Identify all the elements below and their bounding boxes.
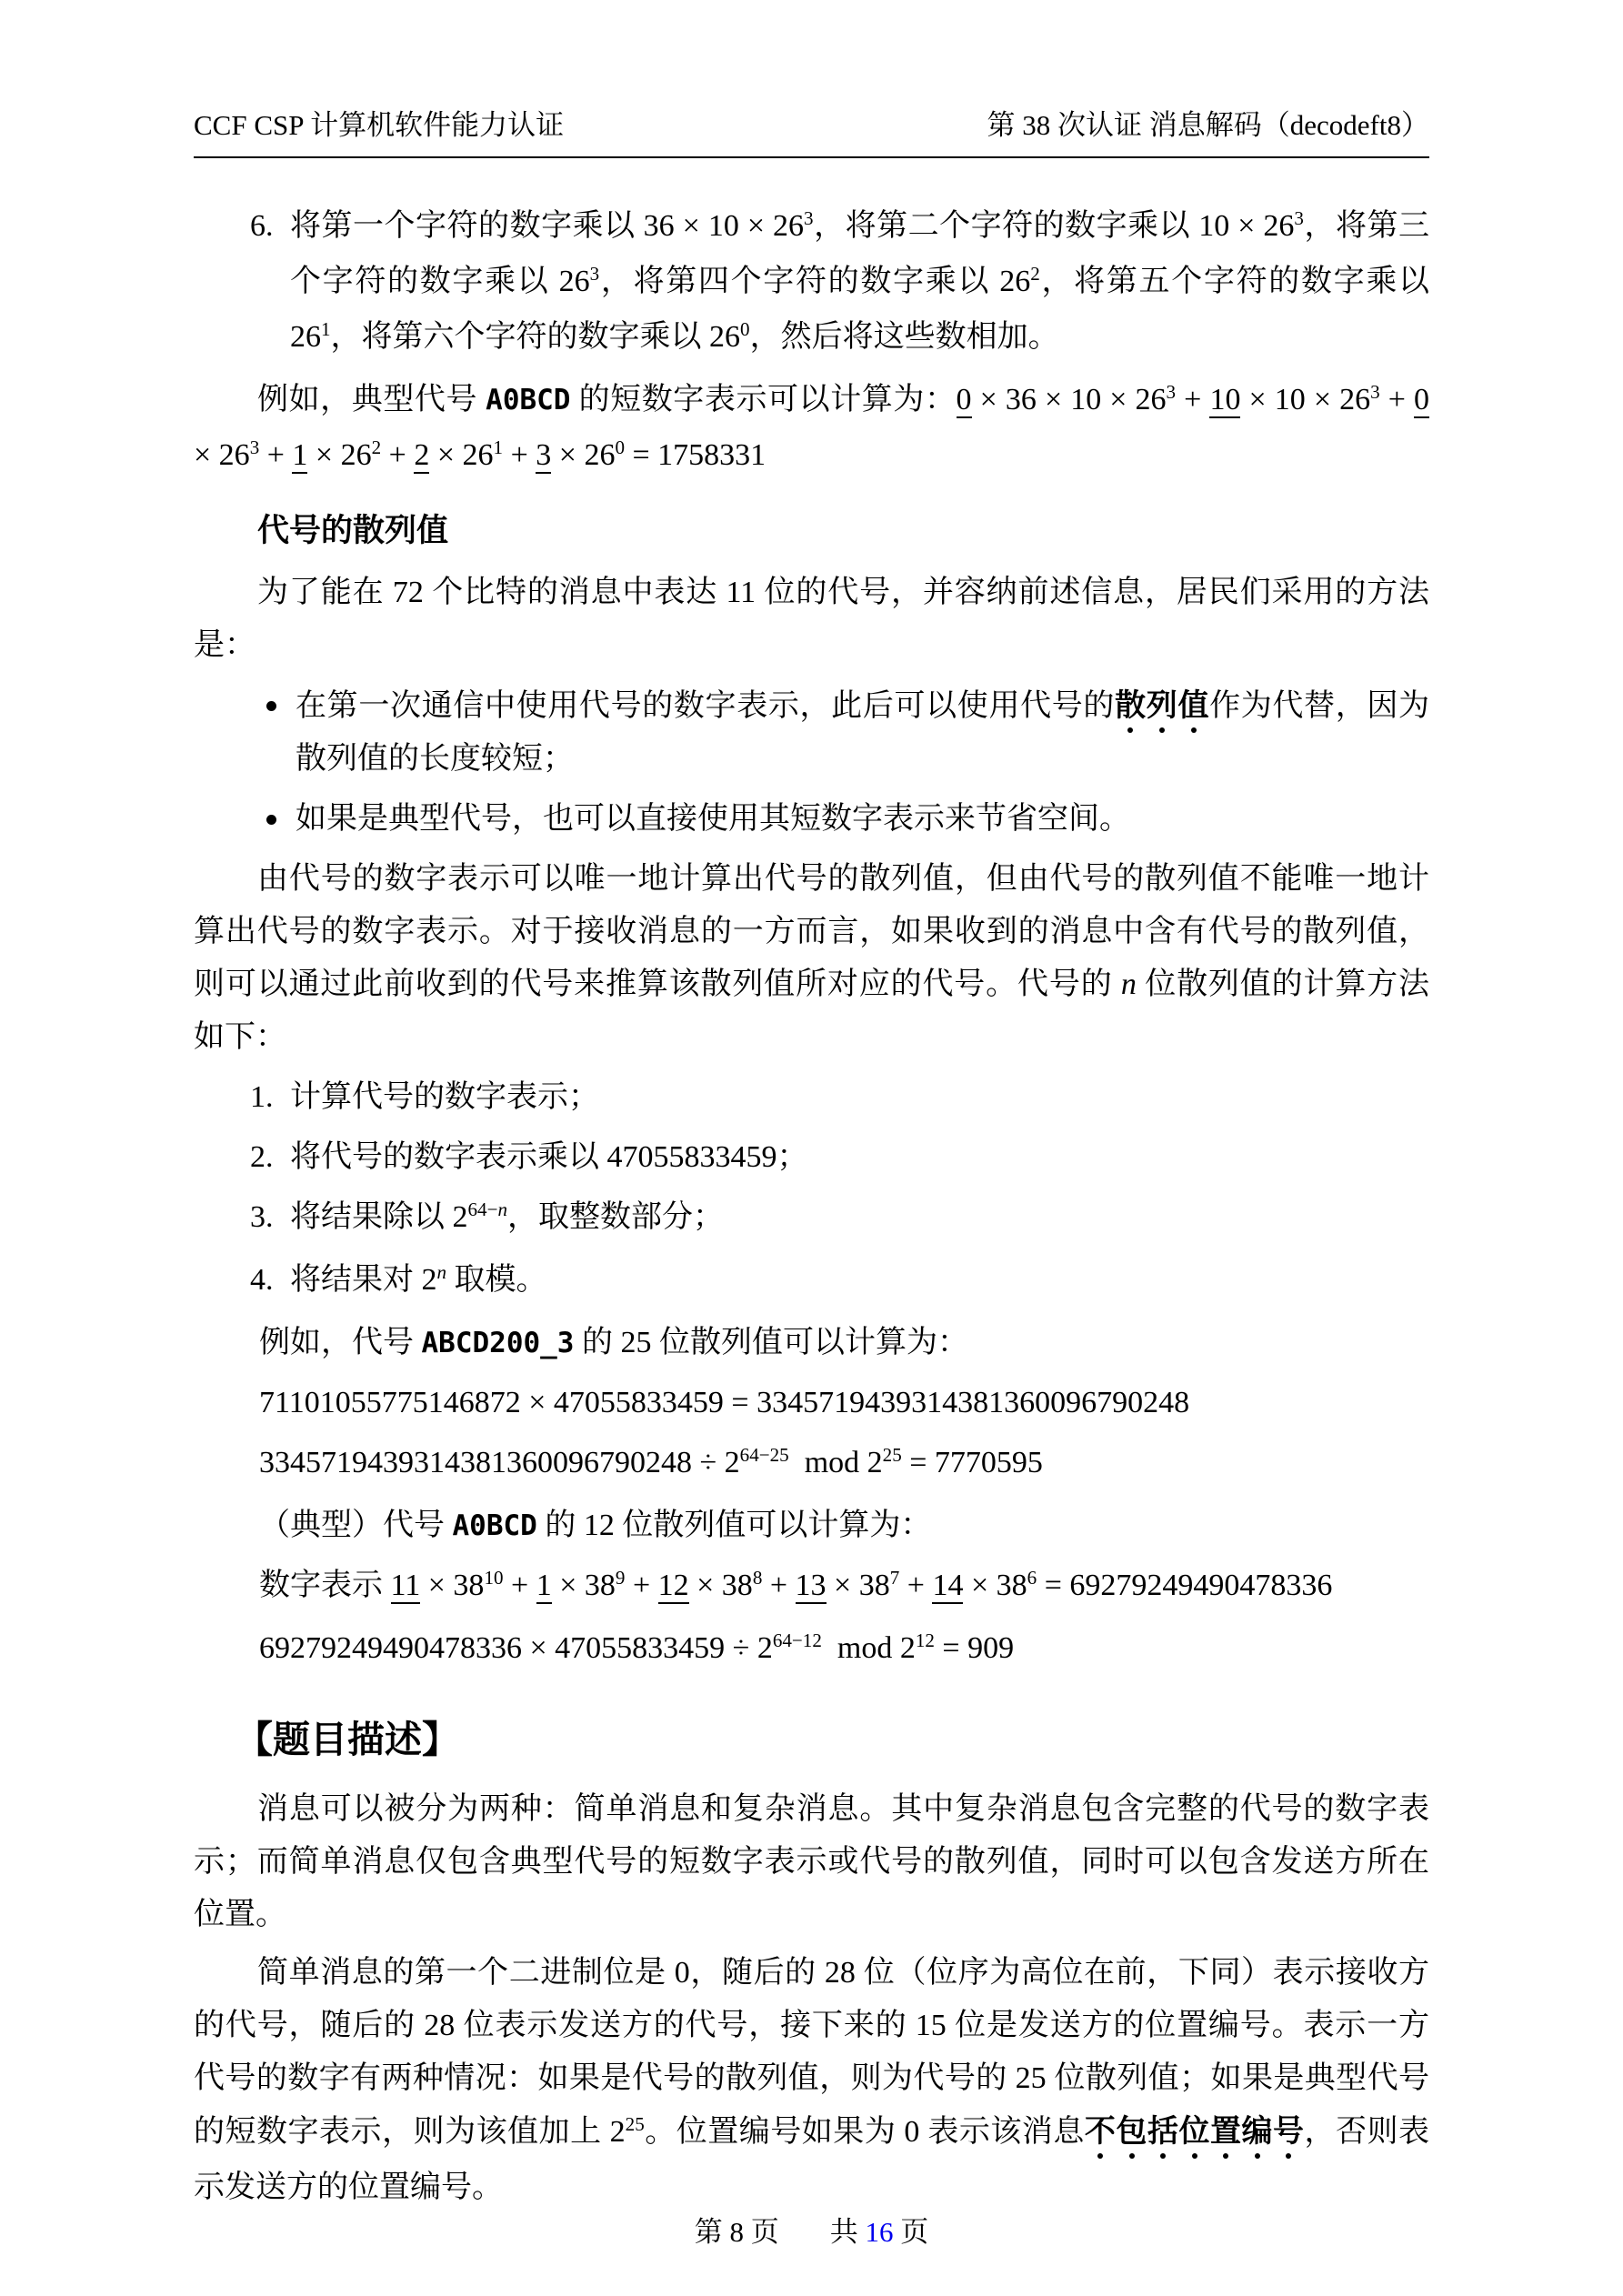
page-footer: 第 8 页共 16 页 — [0, 2214, 1623, 2251]
step-item-4: 4. 将结果对 2n 取模。 — [194, 1254, 1429, 1309]
step-item-3-number: 3. — [250, 1191, 274, 1244]
header-right-title: 第 38 次认证 消息解码（decodeft8） — [987, 107, 1429, 144]
paragraph-message-types: 消息可以被分为两种：简单消息和复杂消息。其中复杂消息包含完整的代号的数字表示；而… — [194, 1783, 1429, 1941]
bullet-item-2-text: 如果是典型代号，也可以直接使用其短数字表示来节省空间。 — [296, 802, 1130, 836]
footer-total-prefix: 共 — [830, 2216, 866, 2248]
footer-total-pages: 共 16 页 — [830, 2216, 929, 2248]
bullet-item-2: 如果是典型代号，也可以直接使用其短数字表示来节省空间。 — [194, 793, 1429, 846]
step-item-1-number: 1. — [250, 1071, 274, 1124]
paragraph-simple-message-format: 简单消息的第一个二进制位是 0，随后的 28 位（位序为高位在前，下同）表示接收… — [194, 1947, 1429, 2214]
footer-total-pages-link[interactable]: 16 — [866, 2216, 894, 2248]
step-item-2-number: 2. — [250, 1131, 274, 1184]
formula-hash-mod: 3345719439314381360096790248 ÷ 264−25 mo… — [194, 1437, 1429, 1492]
list-item-6-text: 将第一个字符的数字乘以 36 × 10 × 263，将第二个字符的数字乘以 10… — [290, 209, 1429, 354]
line-typical-example-label: （典型）代号 A0BCD 的 12 位散列值可以计算为： — [194, 1499, 1429, 1552]
list-item-6: 6. 将第一个字符的数字乘以 36 × 10 × 263，将第二个字符的数字乘以… — [194, 200, 1429, 366]
step-item-1-text: 计算代号的数字表示； — [290, 1080, 599, 1114]
step-item-2-text: 将代号的数字表示乘以 47055833459； — [290, 1140, 808, 1174]
section-heading-problem-description: 【题目描述】 — [194, 1716, 1429, 1763]
bullet-item-1-text: 在第一次通信中使用代号的数字表示，此后可以使用代号的散列值作为代替，因为散列值的… — [296, 689, 1429, 776]
step-item-2: 2. 将代号的数字表示乘以 47055833459； — [194, 1131, 1429, 1184]
formula-typical-mod: 69279249490478336 × 47055833459 ÷ 264−12… — [194, 1622, 1429, 1678]
paragraph-method-intro: 为了能在 72 个比特的消息中表达 11 位的代号，并容纳前述信息，居民们采用的… — [194, 566, 1429, 672]
bullet-icon — [266, 815, 276, 825]
subsection-heading-hash-value: 代号的散列值 — [194, 510, 1429, 552]
header-rule — [194, 156, 1429, 158]
document-body: 6. 将第一个字符的数字乘以 36 × 10 × 263，将第二个字符的数字乘以… — [194, 200, 1429, 2214]
document-page: CCF CSP 计算机软件能力认证 第 38 次认证 消息解码（decodeft… — [0, 0, 1623, 2296]
formula-typical-number: 数字表示 11 × 3810 + 1 × 389 + 12 × 388 + 13… — [194, 1559, 1429, 1615]
step-item-4-number: 4. — [250, 1254, 274, 1307]
paragraph-hash-uniqueness: 由代号的数字表示可以唯一地计算出代号的散列值，但由代号的散列值不能唯一地计算出代… — [194, 853, 1429, 1064]
footer-total-suffix: 页 — [894, 2216, 929, 2248]
step-item-1: 1. 计算代号的数字表示； — [194, 1071, 1429, 1124]
step-item-3-text: 将结果除以 264−n，取整数部分； — [290, 1200, 724, 1234]
header-left-title: CCF CSP 计算机软件能力认证 — [194, 107, 564, 144]
bullet-item-1: 在第一次通信中使用代号的数字表示，此后可以使用代号的散列值作为代替，因为散列值的… — [194, 679, 1429, 786]
step-item-3: 3. 将结果除以 264−n，取整数部分； — [194, 1191, 1429, 1247]
line-hash-example-label: 例如，代号 ABCD200_3 的 25 位散列值可以计算为： — [194, 1317, 1429, 1369]
step-item-4-text: 将结果对 2n 取模。 — [290, 1263, 547, 1297]
page-header: CCF CSP 计算机软件能力认证 第 38 次认证 消息解码（decodeft… — [194, 107, 1429, 144]
bullet-icon — [266, 701, 276, 711]
list-item-6-number: 6. — [250, 200, 274, 253]
paragraph-short-number-example: 例如，典型代号 A0BCD 的短数字表示可以计算为：0 × 36 × 10 × … — [194, 374, 1429, 485]
footer-current-page: 第 8 页 — [695, 2216, 779, 2248]
formula-hash-multiplication: 71101055775146872 × 47055833459 = 334571… — [194, 1377, 1429, 1429]
